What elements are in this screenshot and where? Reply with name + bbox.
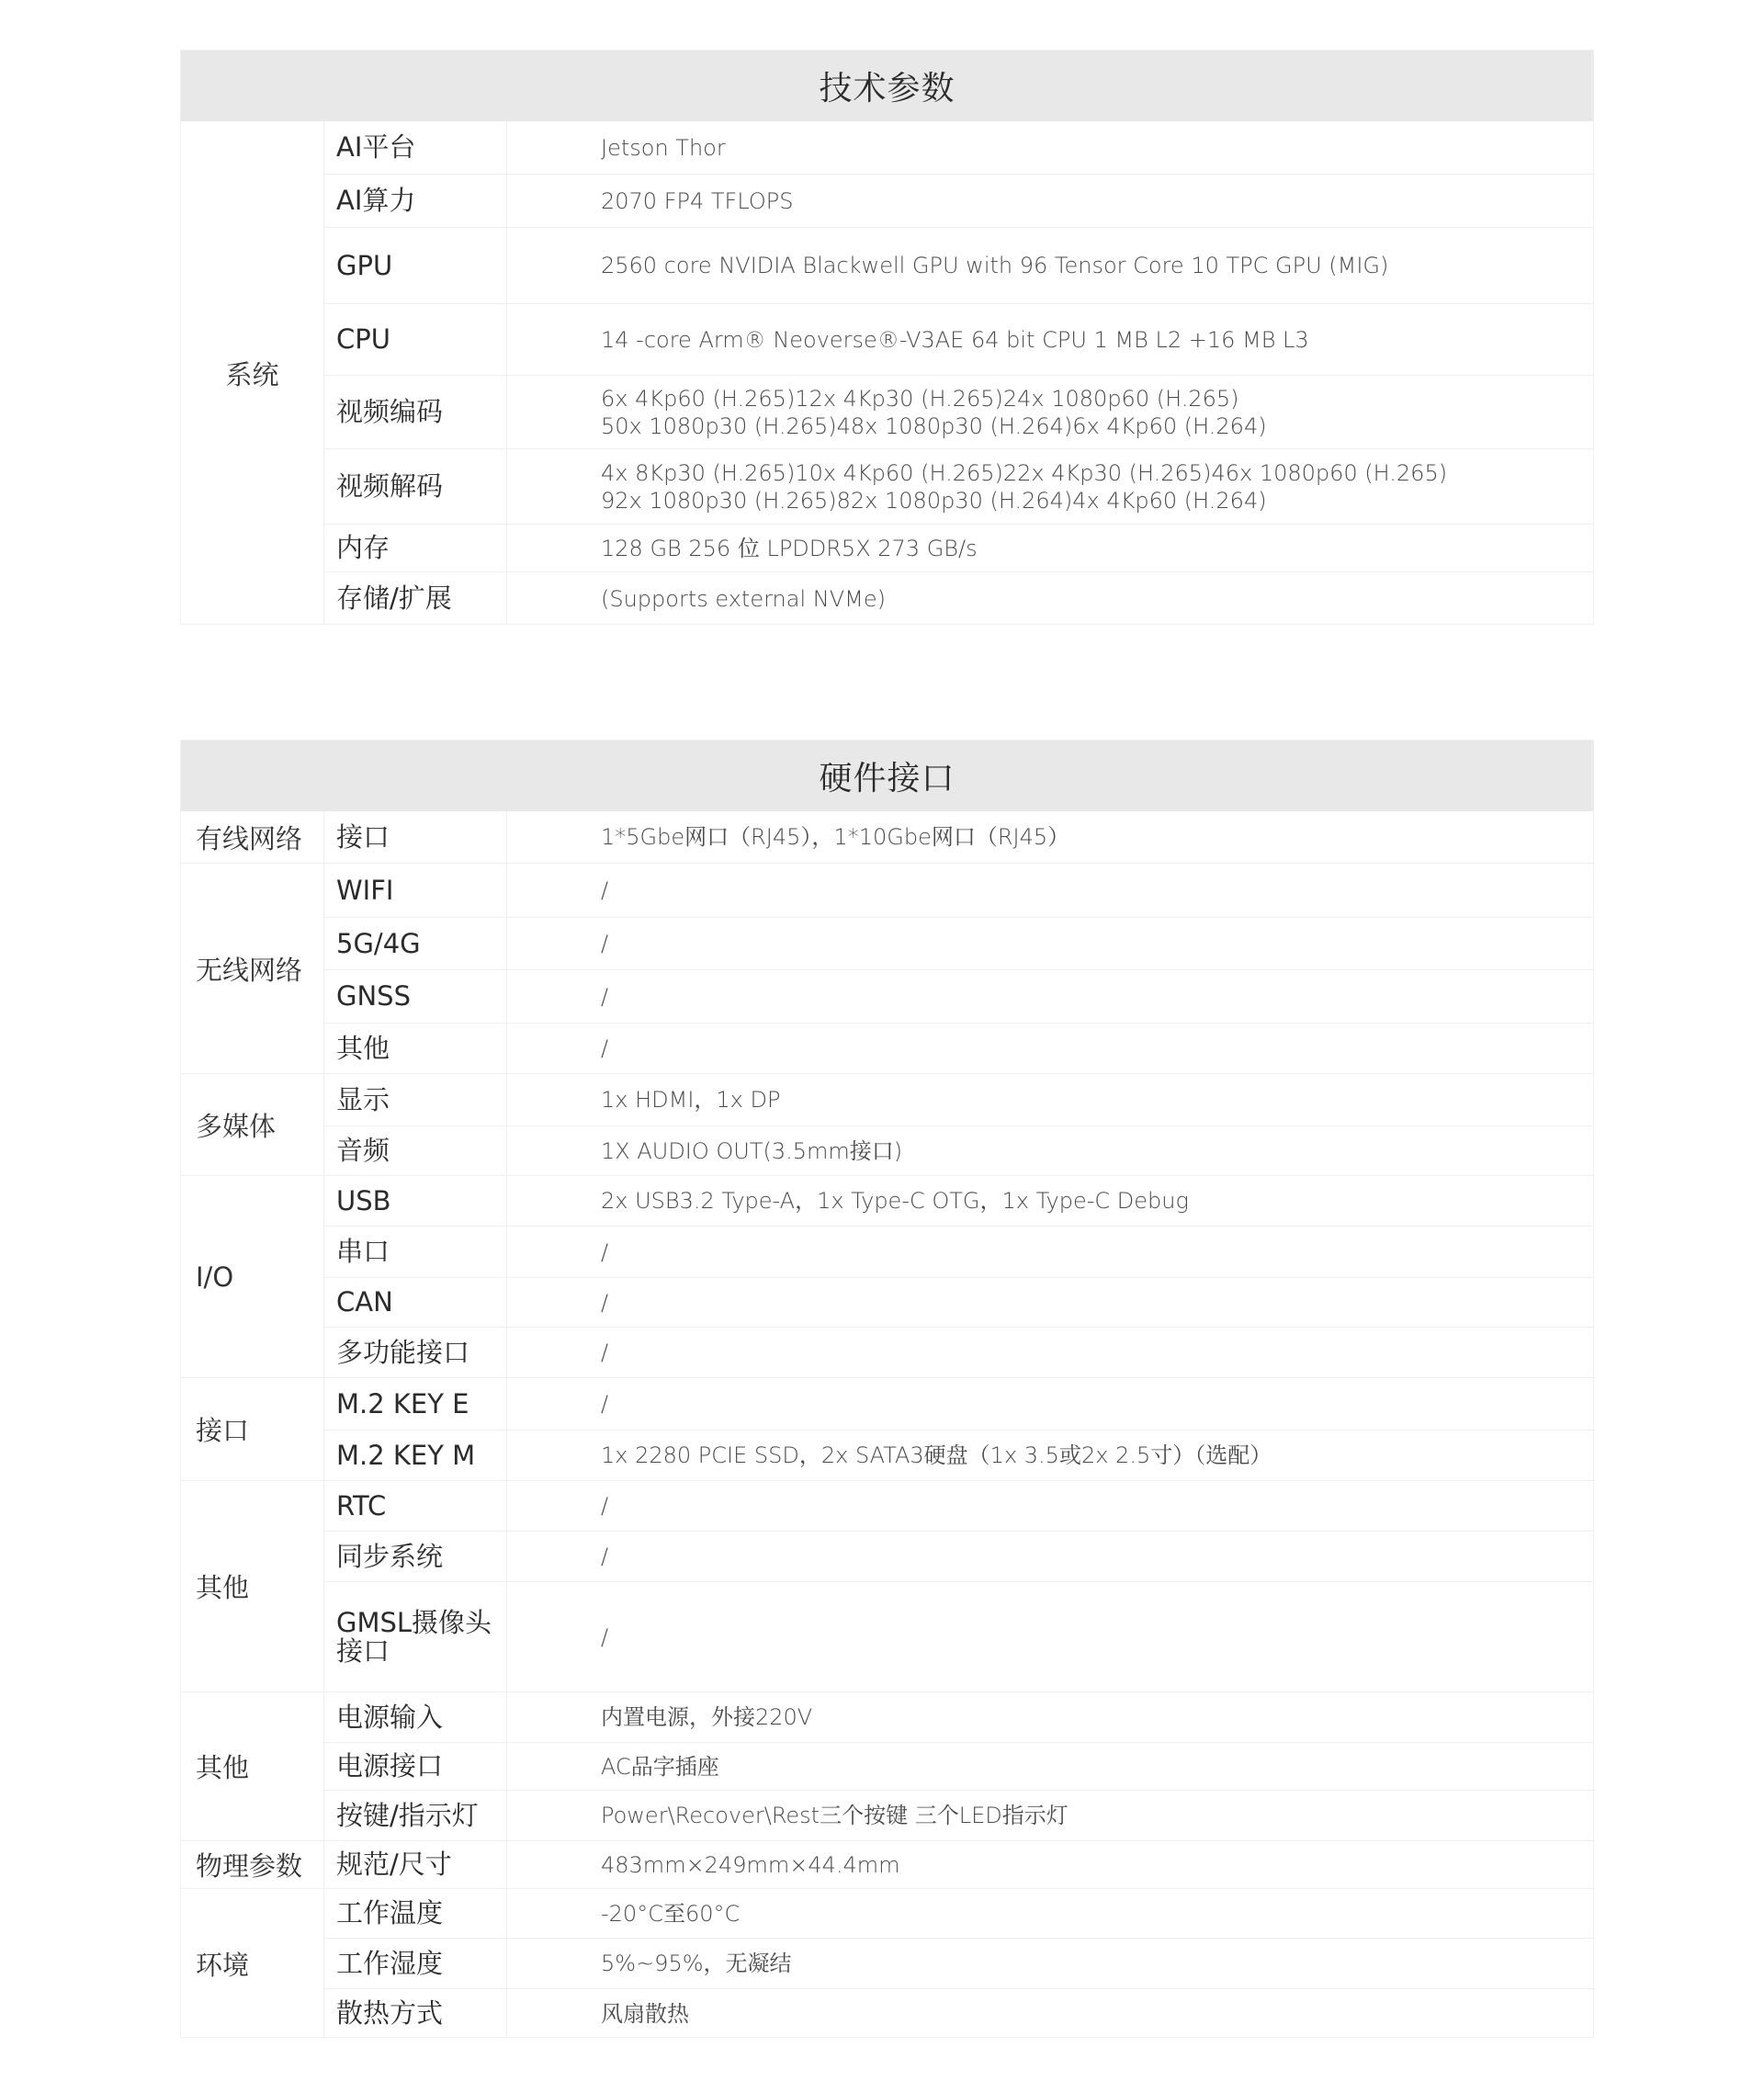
tech-specs-title: 技术参数 — [181, 51, 1593, 121]
row-value: / — [507, 970, 1593, 1024]
row-value: 4x 8Kp30 (H.265)10x 4Kp60 (H.265)22x 4Kp… — [507, 449, 1593, 525]
row-label: 5G/4G — [324, 918, 507, 970]
row-value: / — [507, 918, 1593, 970]
row-value: 风扇散热 — [507, 1989, 1593, 2038]
row-label: 存储/扩展 — [324, 572, 507, 625]
row-label: AI算力 — [324, 175, 507, 228]
row-label: USB — [324, 1176, 507, 1227]
row-label: WIFI — [324, 864, 507, 918]
row-label: AI平台 — [324, 121, 507, 175]
row-value: 1x 2280 PCIE SSD，2x SATA3硬盘（1x 3.5或2x 2.… — [507, 1431, 1593, 1481]
row-value: / — [507, 1378, 1593, 1431]
row-label: 其他 — [324, 1024, 507, 1074]
row-label: 视频编码 — [324, 376, 507, 449]
row-label: 按键/指示灯 — [324, 1791, 507, 1841]
row-label: 接口 — [324, 811, 507, 864]
row-value: 6x 4Kp60 (H.265)12x 4Kp30 (H.265)24x 108… — [507, 376, 1593, 449]
row-label: CAN — [324, 1278, 507, 1328]
row-label: 音频 — [324, 1126, 507, 1176]
row-value: AC品字插座 — [507, 1743, 1593, 1791]
row-label: RTC — [324, 1481, 507, 1532]
row-label: GNSS — [324, 970, 507, 1024]
row-value: Power\Recover\Rest三个按键 三个LED指示灯 — [507, 1791, 1593, 1841]
row-value: -20°C至60°C — [507, 1889, 1593, 1939]
row-value: 2560 core NVIDIA Blackwell GPU with 96 T… — [507, 228, 1593, 304]
category-cell-multimedia: 多媒体 — [181, 1074, 324, 1176]
row-label: 电源接口 — [324, 1743, 507, 1791]
row-value: 14 -core Arm® Neoverse®-V3AE 64 bit CPU … — [507, 304, 1593, 376]
row-label: 工作温度 — [324, 1889, 507, 1939]
category-cell-wireless-network: 无线网络 — [181, 864, 324, 1074]
category-cell-other-power: 其他 — [181, 1692, 324, 1841]
row-value: Jetson Thor — [507, 121, 1593, 175]
hardware-interfaces-table: 硬件接口 有线网络 无线网络 多媒体 I/O 接口 其他 其他 物理参数 环境 … — [180, 740, 1594, 2038]
row-value: 5%~95%，无凝结 — [507, 1939, 1593, 1989]
row-label: M.2 KEY E — [324, 1378, 507, 1431]
row-value: 内置电源，外接220V — [507, 1692, 1593, 1743]
row-value: 483mm×249mm×44.4mm — [507, 1841, 1593, 1889]
category-cell-system: 系统 — [181, 121, 324, 625]
row-label: 串口 — [324, 1227, 507, 1278]
row-value: 1x HDMI，1x DP — [507, 1074, 1593, 1126]
row-label: 内存 — [324, 525, 507, 572]
row-value: / — [507, 1328, 1593, 1378]
category-cell-other: 其他 — [181, 1481, 324, 1692]
row-label: GMSL摄像头 接口 — [324, 1582, 507, 1692]
category-cell-environment: 环境 — [181, 1889, 324, 2038]
row-value: (Supports external NVMe) — [507, 572, 1593, 625]
row-value: 2x USB3.2 Type-A，1x Type-C OTG，1x Type-C… — [507, 1176, 1593, 1227]
row-label: GPU — [324, 228, 507, 304]
row-value: / — [507, 1278, 1593, 1328]
category-cell-wired-network: 有线网络 — [181, 811, 324, 864]
row-label: 显示 — [324, 1074, 507, 1126]
tech-specs-table: 技术参数 系统 AI平台 Jetson Thor AI算力 2070 FP4 T… — [180, 50, 1594, 625]
row-label: 多功能接口 — [324, 1328, 507, 1378]
row-value: / — [507, 1532, 1593, 1582]
row-label: 同步系统 — [324, 1532, 507, 1582]
row-label: CPU — [324, 304, 507, 376]
row-value: / — [507, 1024, 1593, 1074]
row-value: 1X AUDIO OUT(3.5mm接口) — [507, 1126, 1593, 1176]
row-value: / — [507, 1582, 1593, 1692]
row-label: 规范/尺寸 — [324, 1841, 507, 1889]
category-cell-interfaces: 接口 — [181, 1378, 324, 1481]
hardware-interfaces-title: 硬件接口 — [181, 741, 1593, 811]
category-cell-physical: 物理参数 — [181, 1841, 324, 1889]
row-label: 散热方式 — [324, 1989, 507, 2038]
row-label: M.2 KEY M — [324, 1431, 507, 1481]
row-value: 128 GB 256 位 LPDDR5X 273 GB/s — [507, 525, 1593, 572]
category-cell-io: I/O — [181, 1176, 324, 1378]
row-label: 工作湿度 — [324, 1939, 507, 1989]
row-value: / — [507, 1227, 1593, 1278]
row-value: / — [507, 864, 1593, 918]
row-value: 1*5Gbe网口（RJ45），1*10Gbe网口（RJ45） — [507, 811, 1593, 864]
row-label: 电源输入 — [324, 1692, 507, 1743]
row-value: / — [507, 1481, 1593, 1532]
row-label: 视频解码 — [324, 449, 507, 525]
row-value: 2070 FP4 TFLOPS — [507, 175, 1593, 228]
